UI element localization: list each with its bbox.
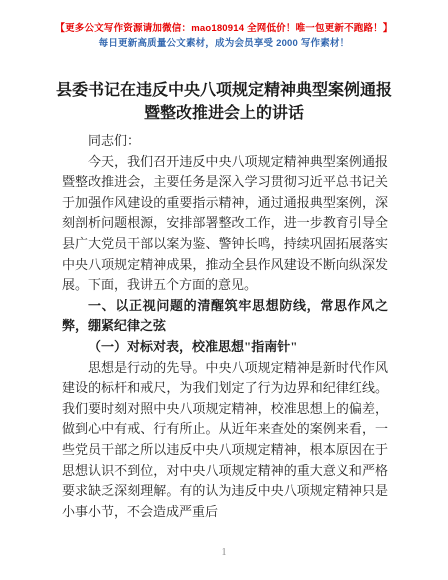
paragraph-content: 思想是行动的先导。中央八项规定精神是新时代作风建设的标杆和戒尺，为我们划定了行为… (62, 358, 388, 523)
promo-watermark-line-1: 【更多公文写作资源请加微信：mao180914 全网低价！唯一包更新不跑路！】 (0, 22, 448, 36)
page-number: 1 (0, 547, 448, 558)
salutation: 同志们： (62, 131, 388, 152)
subsection-heading: （一）对标对表，校准思想"指南针" (62, 337, 388, 358)
promo-watermark-line-2: 每日更新高质量公文素材，成为会员享受 2000 写作素材！ (0, 37, 448, 51)
document-body: 同志们： 今天，我们召开违反中央八项规定精神典型案例通报暨整改推进会，主要任务是… (62, 131, 388, 522)
section-heading: 一、以正视问题的清醒筑牢思想防线，常思作风之弊，绷紧纪律之弦 (62, 296, 388, 337)
promo-watermark: 【更多公文写作资源请加微信：mao180914 全网低价！唯一包更新不跑路！】 … (0, 22, 448, 51)
document-title: 县委书记在违反中央八项规定精神典型案例通报暨整改推进会上的讲话 (56, 79, 392, 125)
document-page: 【更多公文写作资源请加微信：mao180914 全网低价！唯一包更新不跑路！】 … (0, 0, 448, 580)
paragraph-opening: 今天，我们召开违反中央八项规定精神典型案例通报暨整改推进会，主要任务是深入学习贯… (62, 152, 388, 296)
